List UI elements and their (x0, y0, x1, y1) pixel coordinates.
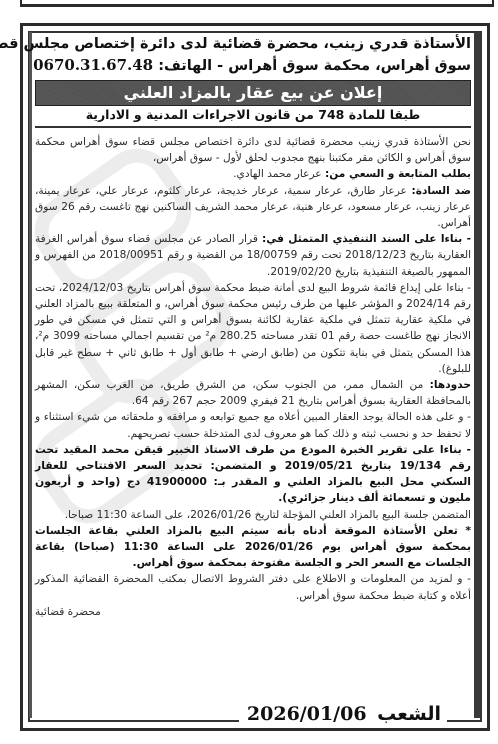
frame-left-rule (29, 32, 32, 718)
paragraph-boundaries: حدودها: من الشمال ممر، من الجنوب سكن، من… (35, 377, 471, 409)
frame-right-rule (474, 32, 481, 718)
paragraph-condition: - و على هذه الحالة يوجد العقار المبين أع… (35, 409, 471, 441)
requester-label: بطلب المتابعة و السعي من: (325, 168, 471, 180)
bailiff-name-line: الأستاذة قدري زينب، محضرة قضائية لدى دائ… (35, 34, 471, 55)
paragraph-session: المتضمن جلسة البيع بالمزاد العلني المؤجل… (35, 507, 471, 523)
paragraph-info: - و لمزيد من المعلومات و الاطلاع على دفت… (35, 571, 471, 603)
publication-date: 2026/01/06 (247, 703, 367, 725)
paragraph-against: ضد السادة: عرعار طارق، عرعار سمية، عرعار… (35, 183, 471, 232)
bailiff-address-text: سوق أهراس، محكمة سوق أهراس - الهاتف: (158, 58, 471, 74)
notice-content: الأستاذة قدري زينب، محضرة قضائية لدى دائ… (35, 34, 471, 620)
notice-title: إعلان عن بيع عقار بالمزاد العلني (35, 80, 471, 106)
paragraph-basis-judgment: - بناءا على السند التنفيذي المتمثل في: ق… (35, 231, 471, 280)
phone-number: 0670.31.67.48 (33, 56, 153, 74)
previous-notice-border (20, 0, 494, 7)
signature-row: محضرة قضائية (35, 604, 471, 620)
notice-subtitle: طبقا للمادة 748 من قانون الاجراءات المدن… (35, 106, 471, 128)
against-names: عرعار طارق، عرعار سمية، عرعار خديجة، عرع… (35, 185, 471, 229)
paragraph-requester: بطلب المتابعة و السعي من: عرعار محمد اله… (35, 166, 471, 182)
paragraph-expertise: - بناءا على تقرير الخبرة المودع من طرف ا… (35, 442, 471, 507)
notice-frame: الأستاذة قدري زينب، محضرة قضائية لدى دائ… (20, 23, 490, 731)
requester-name: عرعار محمد الهادي. (233, 168, 321, 180)
publication-footer: الشعب 2026/01/06 (239, 702, 447, 726)
boundaries-label: حدودها: (430, 379, 471, 391)
paragraph-announcement: * تعلن الأستاذة الموقعة أدناه بأنه سيتم … (35, 523, 471, 572)
bailiff-address-line: سوق أهراس، محكمة سوق أهراس - الهاتف: 067… (35, 55, 471, 77)
against-label: ضد السادة: (411, 185, 471, 197)
paragraph-intro: نحن الأستاذة قدري زينب محضرة قضائية لدى … (35, 134, 471, 166)
basis-label: - بناءا على السند التنفيذي المتمثل في: (262, 233, 471, 245)
boundaries-text: من الشمال ممر، من الجنوب سكن، من الشرق ط… (35, 379, 471, 407)
publication-name: الشعب (377, 703, 441, 725)
signature: محضرة قضائية (35, 604, 101, 620)
paragraph-conditions-deposit: - بناءا على إيداع قائمة شروط البيع لدى أ… (35, 280, 471, 377)
